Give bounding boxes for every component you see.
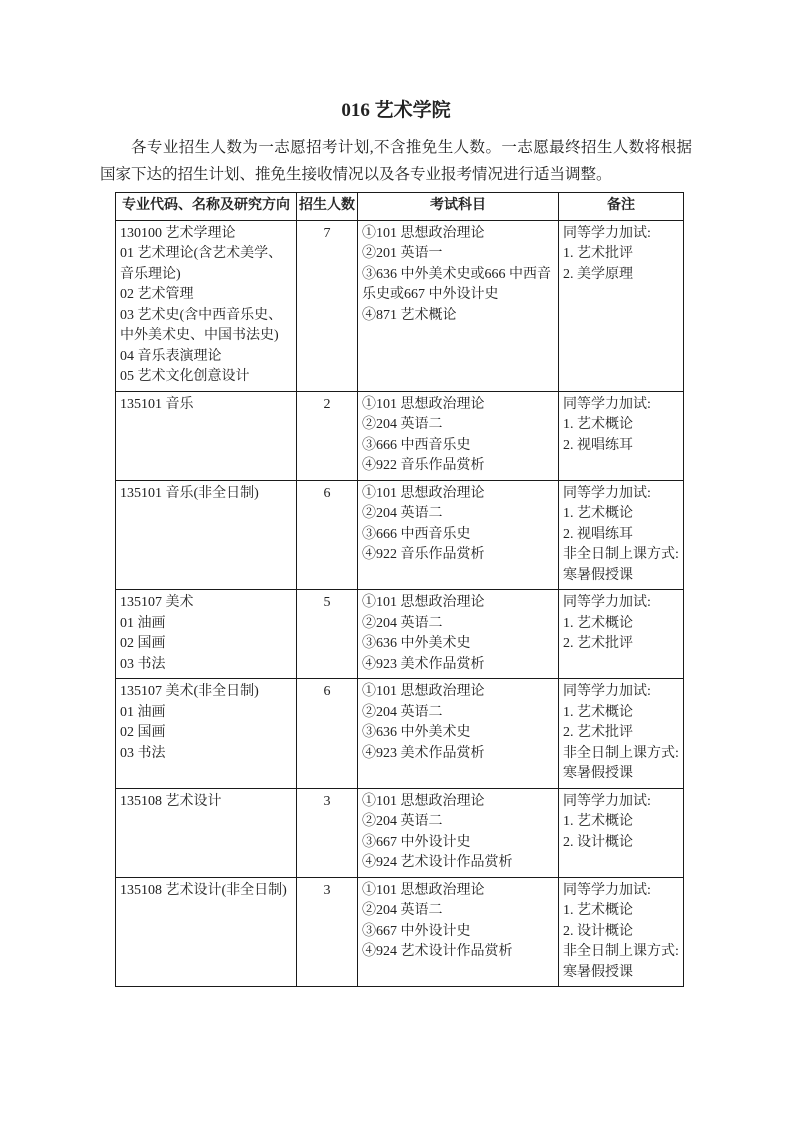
cell-line: 1. 艺术概论 (563, 415, 679, 436)
quota-cell: 3 (297, 788, 358, 877)
cell-line: 135107 美术(非全日制) (120, 682, 292, 703)
cell-line: ④924 艺术设计作品赏析 (362, 942, 554, 963)
cell-line: ②204 英语二 (362, 415, 554, 436)
cell-line: 03 书法 (120, 744, 292, 765)
quota-cell: 6 (297, 480, 358, 590)
notes-cell: 同等学力加试:1. 艺术批评2. 美学原理 (559, 220, 684, 391)
cell-line: 1. 艺术概论 (563, 504, 679, 525)
intro-paragraph: 各专业招生人数为一志愿招考计划,不含推免生人数。一志愿最终招生人数将根据国家下达… (100, 134, 692, 188)
notes-cell: 同等学力加试:1. 艺术概论2. 设计概论非全日制上课方式:寒暑假授课 (559, 877, 684, 987)
cell-line: ②201 英语一 (362, 244, 554, 265)
cell-line: ③666 中西音乐史 (362, 525, 554, 546)
col-header-subjects: 考试科目 (358, 193, 559, 221)
cell-line: 非全日制上课方式: (563, 942, 679, 963)
table-row: 135101 音乐(非全日制) 6 ①101 思想政治理论②204 英语二③66… (116, 480, 684, 590)
quota-cell: 2 (297, 391, 358, 480)
cell-line: ④923 美术作品赏析 (362, 744, 554, 765)
major-cell: 135107 美术01 油画02 国画03 书法 (116, 590, 297, 679)
cell-line: ②204 英语二 (362, 703, 554, 724)
table-row: 135108 艺术设计(非全日制) 3 ①101 思想政治理论②204 英语二③… (116, 877, 684, 987)
notes-cell: 同等学力加试:1. 艺术概论2. 艺术批评非全日制上课方式:寒暑假授课 (559, 679, 684, 789)
cell-line: 1. 艺术批评 (563, 244, 679, 265)
cell-line: 1. 艺术概论 (563, 812, 679, 833)
col-header-notes: 备注 (559, 193, 684, 221)
cell-line: 非全日制上课方式: (563, 545, 679, 566)
quota-cell: 6 (297, 679, 358, 789)
cell-line: ④924 艺术设计作品赏析 (362, 853, 554, 874)
major-cell: 135101 音乐 (116, 391, 297, 480)
cell-line: 01 油画 (120, 614, 292, 635)
cell-line: 2. 艺术批评 (563, 723, 679, 744)
cell-line: ④871 艺术概论 (362, 306, 554, 327)
cell-line: ④922 音乐作品赏析 (362, 456, 554, 477)
cell-line: 2. 艺术批评 (563, 634, 679, 655)
notes-cell: 同等学力加试:1. 艺术概论2. 视唱练耳非全日制上课方式:寒暑假授课 (559, 480, 684, 590)
subjects-cell: ①101 思想政治理论②204 英语二③636 中外美术史④923 美术作品赏析 (358, 590, 559, 679)
cell-line: 135108 艺术设计(非全日制) (120, 881, 292, 902)
subjects-cell: ①101 思想政治理论②201 英语一③636 中外美术史或666 中西音乐史或… (358, 220, 559, 391)
cell-line: 135107 美术 (120, 593, 292, 614)
cell-line: 1. 艺术概论 (563, 901, 679, 922)
cell-line: ③636 中外美术史或666 中西音乐史或667 中外设计史 (362, 265, 554, 306)
cell-line: ②204 英语二 (362, 901, 554, 922)
cell-line: 2. 设计概论 (563, 833, 679, 854)
major-cell: 135101 音乐(非全日制) (116, 480, 297, 590)
cell-line: 135101 音乐(非全日制) (120, 484, 292, 505)
quota-cell: 3 (297, 877, 358, 987)
cell-line: ①101 思想政治理论 (362, 593, 554, 614)
cell-line: 135108 艺术设计 (120, 792, 292, 813)
cell-line: 2. 美学原理 (563, 265, 679, 286)
admissions-table: 专业代码、名称及研究方向 招生人数 考试科目 备注 130100 艺术学理论01… (115, 192, 684, 987)
cell-line: 02 艺术管理 (120, 285, 292, 306)
table-row: 135108 艺术设计 3 ①101 思想政治理论②204 英语二③667 中外… (116, 788, 684, 877)
notes-cell: 同等学力加试:1. 艺术概论2. 视唱练耳 (559, 391, 684, 480)
cell-line: 135101 音乐 (120, 395, 292, 416)
cell-line: ①101 思想政治理论 (362, 484, 554, 505)
cell-line: 同等学力加试: (563, 593, 679, 614)
subjects-cell: ①101 思想政治理论②204 英语二③666 中西音乐史④922 音乐作品赏析 (358, 480, 559, 590)
cell-line: ①101 思想政治理论 (362, 792, 554, 813)
notes-cell: 同等学力加试:1. 艺术概论2. 设计概论 (559, 788, 684, 877)
cell-line: 寒暑假授课 (563, 764, 679, 785)
cell-line: 同等学力加试: (563, 224, 679, 245)
document-page: 016 艺术学院 各专业招生人数为一志愿招考计划,不含推免生人数。一志愿最终招生… (0, 0, 793, 1122)
cell-line: ①101 思想政治理论 (362, 395, 554, 416)
cell-line: ③636 中外美术史 (362, 723, 554, 744)
cell-line: 2. 视唱练耳 (563, 525, 679, 546)
major-cell: 130100 艺术学理论01 艺术理论(含艺术美学、音乐理论)02 艺术管理03… (116, 220, 297, 391)
table-row: 135101 音乐 2 ①101 思想政治理论②204 英语二③666 中西音乐… (116, 391, 684, 480)
table-row: 135107 美术(非全日制)01 油画02 国画03 书法 6 ①101 思想… (116, 679, 684, 789)
quota-cell: 5 (297, 590, 358, 679)
subjects-cell: ①101 思想政治理论②204 英语二③666 中西音乐史④922 音乐作品赏析 (358, 391, 559, 480)
subjects-cell: ①101 思想政治理论②204 英语二③667 中外设计史④924 艺术设计作品… (358, 877, 559, 987)
page-title: 016 艺术学院 (100, 98, 692, 124)
cell-line: 02 国画 (120, 634, 292, 655)
cell-line: 同等学力加试: (563, 792, 679, 813)
cell-line: ③636 中外美术史 (362, 634, 554, 655)
cell-line: 寒暑假授课 (563, 566, 679, 587)
cell-line: 同等学力加试: (563, 682, 679, 703)
cell-line: ②204 英语二 (362, 614, 554, 635)
cell-line: 03 书法 (120, 655, 292, 676)
major-cell: 135107 美术(非全日制)01 油画02 国画03 书法 (116, 679, 297, 789)
cell-line: ②204 英语二 (362, 504, 554, 525)
cell-line: 02 国画 (120, 723, 292, 744)
cell-line: 2. 设计概论 (563, 922, 679, 943)
cell-line: 03 艺术史(含中西音乐史、中外美术史、中国书法史) (120, 306, 292, 347)
cell-line: 非全日制上课方式: (563, 744, 679, 765)
cell-line: ①101 思想政治理论 (362, 682, 554, 703)
cell-line: ④923 美术作品赏析 (362, 655, 554, 676)
table-row: 130100 艺术学理论01 艺术理论(含艺术美学、音乐理论)02 艺术管理03… (116, 220, 684, 391)
cell-line: 同等学力加试: (563, 881, 679, 902)
cell-line: 04 音乐表演理论 (120, 347, 292, 368)
document-content: 016 艺术学院 各专业招生人数为一志愿招考计划,不含推免生人数。一志愿最终招生… (100, 98, 692, 987)
subjects-cell: ①101 思想政治理论②204 英语二③636 中外美术史④923 美术作品赏析 (358, 679, 559, 789)
cell-line: ①101 思想政治理论 (362, 881, 554, 902)
cell-line: 同等学力加试: (563, 395, 679, 416)
cell-line: ③666 中西音乐史 (362, 436, 554, 457)
col-header-major: 专业代码、名称及研究方向 (116, 193, 297, 221)
major-cell: 135108 艺术设计(非全日制) (116, 877, 297, 987)
table-header-row: 专业代码、名称及研究方向 招生人数 考试科目 备注 (116, 193, 684, 221)
cell-line: 01 艺术理论(含艺术美学、音乐理论) (120, 244, 292, 285)
cell-line: 同等学力加试: (563, 484, 679, 505)
cell-line: 2. 视唱练耳 (563, 436, 679, 457)
cell-line: 05 艺术文化创意设计 (120, 367, 292, 388)
cell-line: ③667 中外设计史 (362, 833, 554, 854)
table-row: 135107 美术01 油画02 国画03 书法 5 ①101 思想政治理论②2… (116, 590, 684, 679)
cell-line: 130100 艺术学理论 (120, 224, 292, 245)
major-cell: 135108 艺术设计 (116, 788, 297, 877)
quota-cell: 7 (297, 220, 358, 391)
subjects-cell: ①101 思想政治理论②204 英语二③667 中外设计史④924 艺术设计作品… (358, 788, 559, 877)
notes-cell: 同等学力加试:1. 艺术概论2. 艺术批评 (559, 590, 684, 679)
cell-line: ②204 英语二 (362, 812, 554, 833)
cell-line: 01 油画 (120, 703, 292, 724)
cell-line: ④922 音乐作品赏析 (362, 545, 554, 566)
col-header-quota: 招生人数 (297, 193, 358, 221)
cell-line: 1. 艺术概论 (563, 614, 679, 635)
cell-line: ③667 中外设计史 (362, 922, 554, 943)
cell-line: 寒暑假授课 (563, 963, 679, 984)
cell-line: 1. 艺术概论 (563, 703, 679, 724)
cell-line: ①101 思想政治理论 (362, 224, 554, 245)
